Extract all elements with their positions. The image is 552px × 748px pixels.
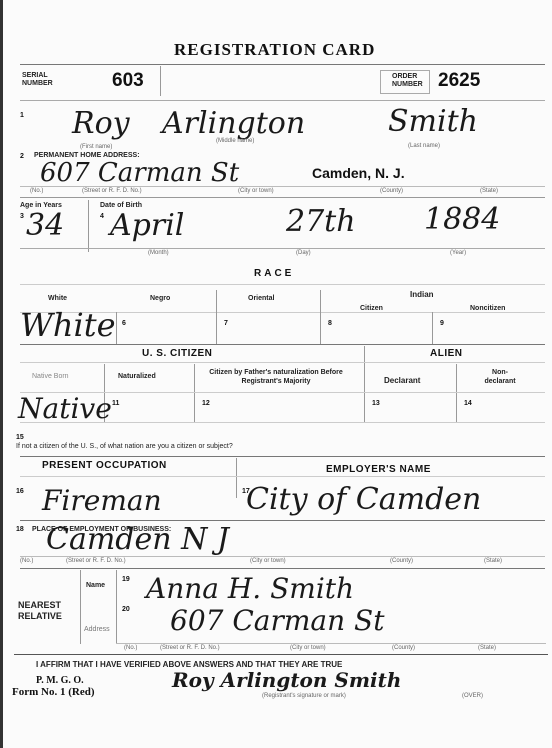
- divider: [160, 66, 161, 96]
- divider: [20, 476, 545, 477]
- caption: (State): [478, 645, 496, 651]
- card-title: REGISTRATION CARD: [174, 40, 375, 60]
- race-heading: RACE: [254, 268, 294, 279]
- divider: [20, 64, 545, 65]
- nearest-relative-label: NEAREST RELATIVE: [18, 600, 78, 622]
- divider: [116, 643, 546, 644]
- divider: [194, 364, 195, 422]
- caption: (No.): [124, 645, 137, 651]
- dob-year: 1884: [424, 202, 500, 237]
- employer-heading: EMPLOYER'S NAME: [326, 464, 431, 475]
- occupation-heading: PRESENT OCCUPATION: [42, 460, 167, 471]
- middle-name: Arlington: [162, 106, 305, 141]
- caption: (County): [392, 645, 415, 651]
- last-name-caption: (Last name): [408, 143, 440, 149]
- relative-address-label: Address: [84, 626, 110, 633]
- divider: [20, 100, 545, 101]
- caption: (State): [480, 188, 498, 194]
- relative-address: 607 Carman St: [170, 604, 384, 637]
- caption: (City or town): [238, 188, 274, 194]
- line-number: 4: [100, 213, 104, 220]
- citizen-col: Naturalized: [118, 373, 156, 380]
- relative-name: Anna H. Smith: [146, 572, 354, 605]
- divider: [20, 520, 545, 521]
- line-number: 15: [16, 434, 24, 441]
- citizen-col: Citizen by Father's naturalization Befor…: [206, 368, 346, 386]
- caption: (City or town): [250, 558, 286, 564]
- divider: [14, 654, 548, 655]
- race-sub: Citizen: [360, 305, 383, 312]
- divider: [20, 556, 545, 557]
- us-citizen-heading: U. S. CITIZEN: [142, 348, 212, 359]
- divider: [432, 312, 433, 344]
- age-value: 34: [26, 208, 64, 243]
- caption: (Day): [296, 250, 311, 256]
- caption: (State): [484, 558, 502, 564]
- line-number: 1: [20, 112, 24, 119]
- line-number: 13: [372, 400, 380, 407]
- divider: [20, 284, 545, 285]
- citizen-col: Non-declarant: [478, 368, 522, 386]
- caption: (County): [380, 188, 403, 194]
- over-label: (OVER): [462, 693, 483, 699]
- divider: [20, 568, 545, 569]
- race-col: Negro: [150, 295, 170, 302]
- alien-heading: ALIEN: [430, 348, 463, 359]
- line-number: 14: [464, 400, 472, 407]
- divider: [116, 312, 117, 344]
- dob-month: April: [110, 208, 184, 243]
- dob-day: 27th: [286, 204, 356, 239]
- line-number: 7: [224, 320, 228, 327]
- race-value: White: [20, 306, 116, 344]
- divider: [216, 290, 217, 344]
- caption: (No.): [20, 558, 33, 564]
- line-number: 6: [122, 320, 126, 327]
- line-number: 2: [20, 153, 24, 160]
- caption: (Street or R. F. D. No.): [160, 645, 220, 651]
- registration-card: REGISTRATION CARD SERIAL NUMBER 603 ORDE…: [0, 0, 552, 748]
- line-number: 16: [16, 488, 24, 495]
- divider: [116, 570, 117, 644]
- order-label: ORDER NUMBER: [392, 73, 428, 89]
- divider: [80, 570, 81, 644]
- occupation-value: Fireman: [42, 484, 162, 517]
- signature-caption: (Registrant's signature or mark): [262, 693, 346, 699]
- caption: (Street or R. F. D. No.): [82, 188, 142, 194]
- divider: [20, 197, 545, 198]
- divider: [88, 200, 89, 252]
- line-number: 8: [328, 320, 332, 327]
- caption: (Year): [450, 250, 466, 256]
- caption: (City or town): [290, 645, 326, 651]
- race-col: White: [48, 295, 67, 302]
- divider: [20, 248, 545, 249]
- nation-question: If not a citizen of the U. S., of what n…: [16, 443, 233, 450]
- employer-value: City of Camden: [246, 482, 481, 517]
- caption: (County): [390, 558, 413, 564]
- race-sub: Noncitizen: [470, 305, 505, 312]
- card-edge: [0, 0, 3, 748]
- citizen-col: Declarant: [384, 376, 420, 385]
- address-street: 607 Carman St: [40, 158, 239, 188]
- relative-name-label: Name: [86, 582, 105, 589]
- middle-name-caption: (Middle name): [216, 138, 254, 144]
- caption: (Street or R. F. D. No.): [66, 558, 126, 564]
- divider: [364, 346, 365, 422]
- line-number: 12: [202, 400, 210, 407]
- address-city: Camden, N. J.: [312, 165, 405, 181]
- line-number: 18: [16, 526, 24, 533]
- caption: (No.): [30, 188, 43, 194]
- line-number: 3: [20, 213, 24, 220]
- serial-value: 603: [112, 70, 144, 92]
- first-name: Roy: [72, 106, 130, 141]
- citizen-value: Native: [18, 392, 112, 425]
- divider: [320, 290, 321, 344]
- form-line2: Form No. 1 (Red): [12, 686, 94, 698]
- divider: [20, 186, 545, 187]
- line-number: 20: [122, 606, 130, 613]
- line-number: 9: [440, 320, 444, 327]
- divider: [20, 422, 545, 423]
- race-col: Oriental: [248, 295, 274, 302]
- divider: [20, 362, 545, 363]
- line-number: 19: [122, 576, 130, 583]
- serial-label: SERIAL NUMBER: [22, 72, 68, 88]
- registrant-signature: Roy Arlington Smith: [172, 668, 401, 692]
- divider: [20, 344, 545, 345]
- divider: [456, 364, 457, 422]
- employment-place-value: Camden N J: [46, 522, 229, 557]
- race-col: Indian: [410, 290, 434, 299]
- order-value: 2625: [438, 70, 480, 92]
- first-name-caption: (First name): [80, 144, 112, 150]
- divider: [236, 458, 237, 498]
- form-line1: P. M. G. O.: [36, 675, 84, 686]
- line-number: 11: [112, 400, 119, 407]
- last-name: Smith: [388, 104, 478, 139]
- citizen-col: Native Born: [32, 373, 69, 380]
- divider: [20, 456, 545, 457]
- caption: (Month): [148, 250, 169, 256]
